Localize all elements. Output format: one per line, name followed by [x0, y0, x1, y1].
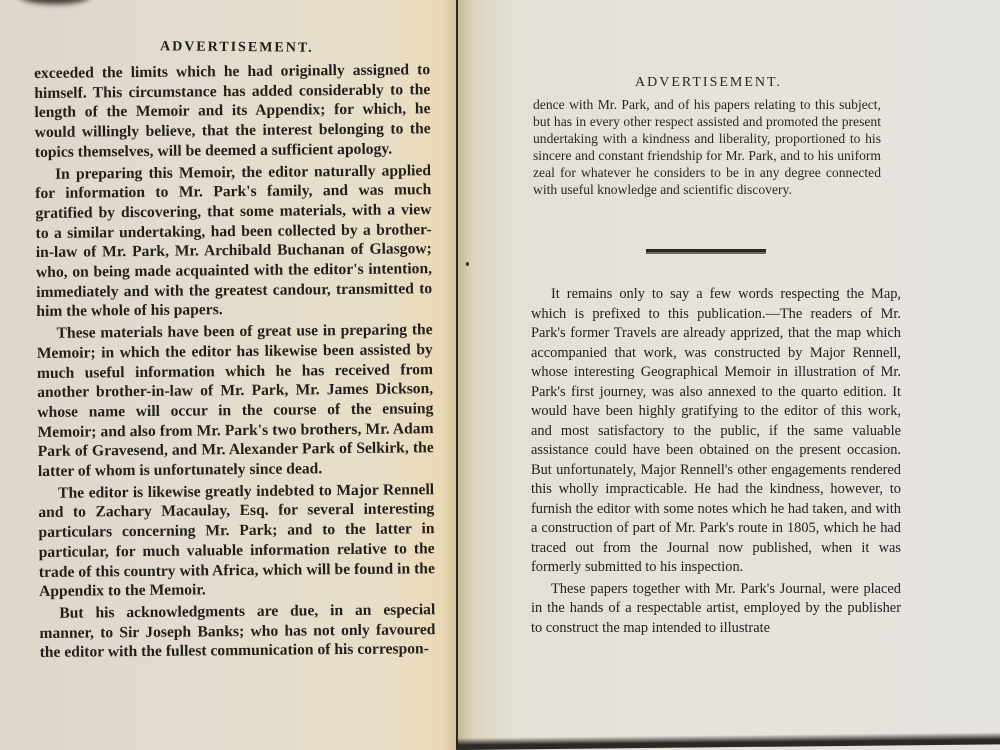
paragraph: These papers together with Mr. Park's Jo… — [531, 580, 901, 639]
running-head: ADVERTISEMENT. — [160, 39, 314, 57]
right-page: ADVERTISEMENT. dence with Mr. Park, and … — [458, 0, 1000, 750]
paragraph: dence with Mr. Park, and of his papers r… — [533, 96, 881, 198]
ink-speck — [466, 262, 469, 266]
paragraph: It remains only to say a few words respe… — [531, 285, 901, 578]
paragraph: The editor is likewise greatly indebted … — [38, 480, 435, 602]
left-page-body: exceeded the limits which he had origina… — [34, 60, 436, 665]
left-page: ADVERTISEMENT. exceeded the limits which… — [0, 0, 456, 750]
paragraph: These materials have been of great use i… — [36, 320, 433, 481]
right-page-lower-body: It remains only to say a few words respe… — [531, 285, 901, 640]
right-page-upper-body: dence with Mr. Park, and of his papers r… — [533, 96, 881, 200]
paragraph: In preparing this Memoir, the editor nat… — [35, 161, 432, 322]
paragraph: But his acknowledgments are due, in an e… — [39, 600, 436, 663]
paragraph: exceeded the limits which he had origina… — [34, 60, 431, 162]
section-divider-rule — [646, 249, 766, 252]
running-head: ADVERTISEMENT. — [635, 75, 782, 91]
